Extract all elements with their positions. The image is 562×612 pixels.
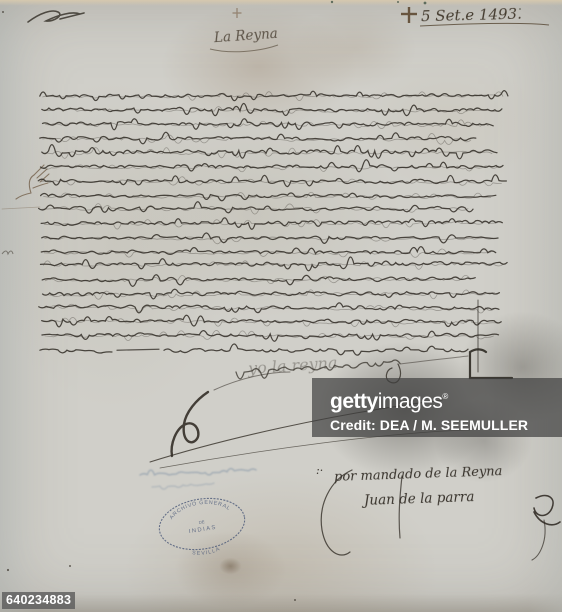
- handwriting-stroke: [117, 349, 159, 350]
- closing-bracket-flourish: [470, 300, 512, 378]
- svg-text:SEVILLA: SEVILLA: [191, 546, 222, 559]
- corner-paraph-mark: [28, 11, 84, 22]
- handwriting-stroke: [42, 275, 475, 287]
- stamp-mid1-text: DE: [198, 519, 205, 525]
- handwriting-stroke: [152, 483, 214, 489]
- getty-logo: gettyimages®: [330, 385, 562, 414]
- stamp-arc-bottom-text: SEVILLA: [191, 546, 222, 559]
- handwriting-stroke: [45, 330, 494, 340]
- handwriting-stroke: [41, 177, 501, 186]
- faint-archival-note: [140, 469, 256, 489]
- stock-photo-manuscript-letter: ARCHIVO GENERAL DE INDIAS SEVILLA La Rey…: [0, 0, 562, 612]
- handwriting-stroke: [40, 349, 112, 353]
- title-underline: [210, 45, 278, 52]
- archive-stamp: ARCHIVO GENERAL DE INDIAS SEVILLA: [156, 493, 250, 563]
- handwritten-body-text: [38, 91, 508, 356]
- handwriting-stroke: [140, 469, 256, 475]
- manicule-icon: [2, 165, 49, 209]
- handwriting-stroke: [39, 303, 499, 313]
- edge-specks: [2, 1, 521, 601]
- manuscript-ink-layer: ARCHIVO GENERAL DE INDIAS SEVILLA: [0, 0, 562, 612]
- handwriting-stroke: [43, 289, 500, 299]
- credit-line: Credit: DEA / M. SEEMULLER: [330, 415, 562, 435]
- image-id-badge: 640234883: [2, 592, 75, 609]
- registered-mark-icon: ®: [442, 392, 448, 401]
- handwriting-stroke: [41, 193, 496, 201]
- getty-logo-light: images: [378, 390, 443, 413]
- margin-mark: [2, 251, 13, 254]
- handwriting-stroke: [40, 132, 476, 144]
- countersign-mark: :·: [316, 464, 323, 477]
- handwriting-stroke: [43, 92, 503, 101]
- date-cross-icon: [401, 7, 417, 23]
- date-inscription: 5 Set.e 1493.: [421, 5, 522, 26]
- getty-watermark: gettyimages® Credit: DEA / M. SEEMULLER: [312, 378, 562, 437]
- small-cross-icon: [233, 8, 242, 18]
- stamp-mid2-text: INDIAS: [188, 525, 217, 535]
- getty-logo-bold: getty: [330, 390, 378, 413]
